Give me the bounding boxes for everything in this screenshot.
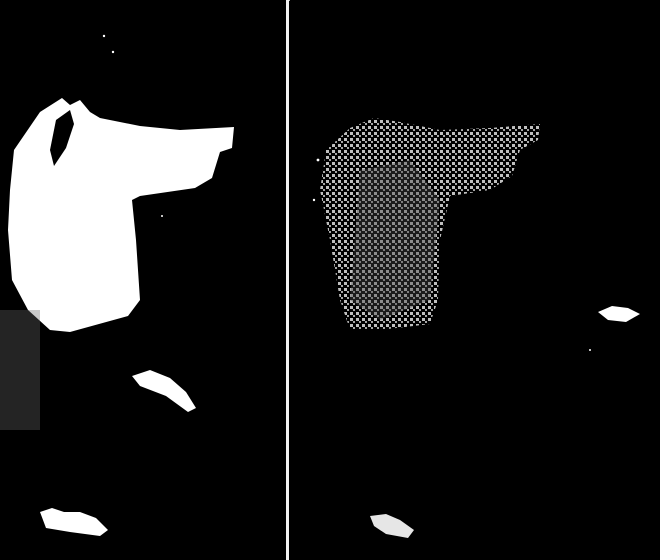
right-photo-panel: [290, 0, 660, 560]
right-subject-silhouette: [290, 0, 660, 560]
left-subject-silhouette: [0, 0, 286, 560]
left-photo-panel: [0, 0, 286, 560]
panel-divider: [286, 0, 289, 560]
